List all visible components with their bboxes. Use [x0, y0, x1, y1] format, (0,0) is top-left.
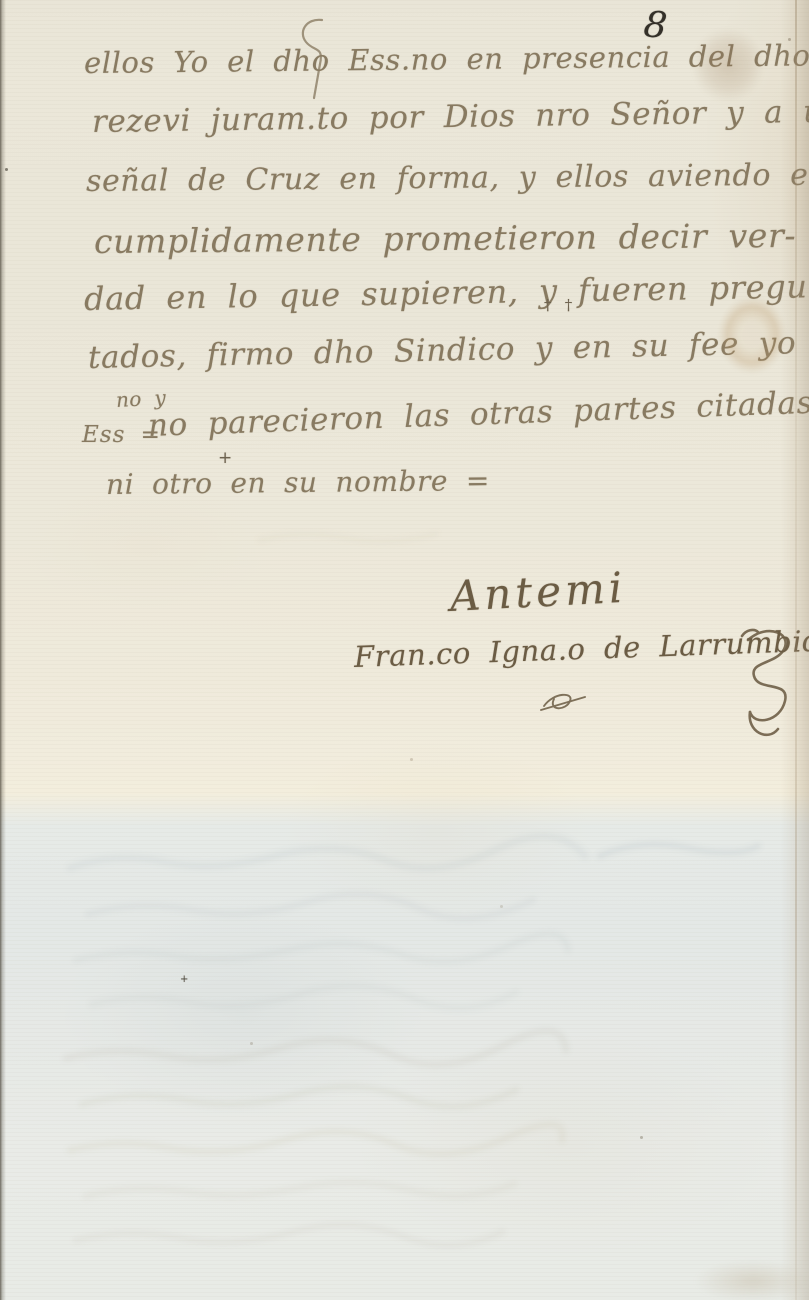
manuscript-line-3: señal de Cruz en forma, y ellos aviendo … — [86, 157, 809, 199]
manuscript-line-4: cumplidamente prometieron decir ver- — [94, 216, 797, 261]
signature-paraph-icon — [538, 688, 590, 718]
signature-name: Fran.co Igna.o de Larrumbide — [353, 623, 809, 674]
page-edge-left — [0, 0, 6, 1300]
manuscript-line-7: no parecieron las otras partes citadas — [147, 385, 809, 444]
manuscript-page: 8 ellos Yo el dho Ess.no en presencia de… — [0, 0, 809, 1300]
page-curl-line — [795, 0, 797, 1300]
ink-mark-small: + — [180, 974, 189, 985]
closing-ante-mi: Antemi — [449, 563, 628, 621]
margin-abbreviation: Ess = — [82, 422, 161, 448]
ink-mark-crosses: † † — [544, 296, 574, 314]
manuscript-line-2: rezevi juram.to por Dios nro Señor y a u… — [92, 93, 809, 140]
manuscript-line-5: dad en lo que supieren, y fueren pregun- — [84, 267, 809, 318]
margin-superscript: no y — [115, 385, 166, 412]
ink-mark-caret: + — [218, 448, 233, 468]
manuscript-line-1: ellos Yo el dho Ess.no en presencia del … — [84, 37, 809, 80]
manuscript-line-8: ni otro en su nombre = — [106, 464, 490, 501]
manuscript-line-6: tados, firmo dho Sindico y en su fee yo … — [88, 324, 809, 376]
